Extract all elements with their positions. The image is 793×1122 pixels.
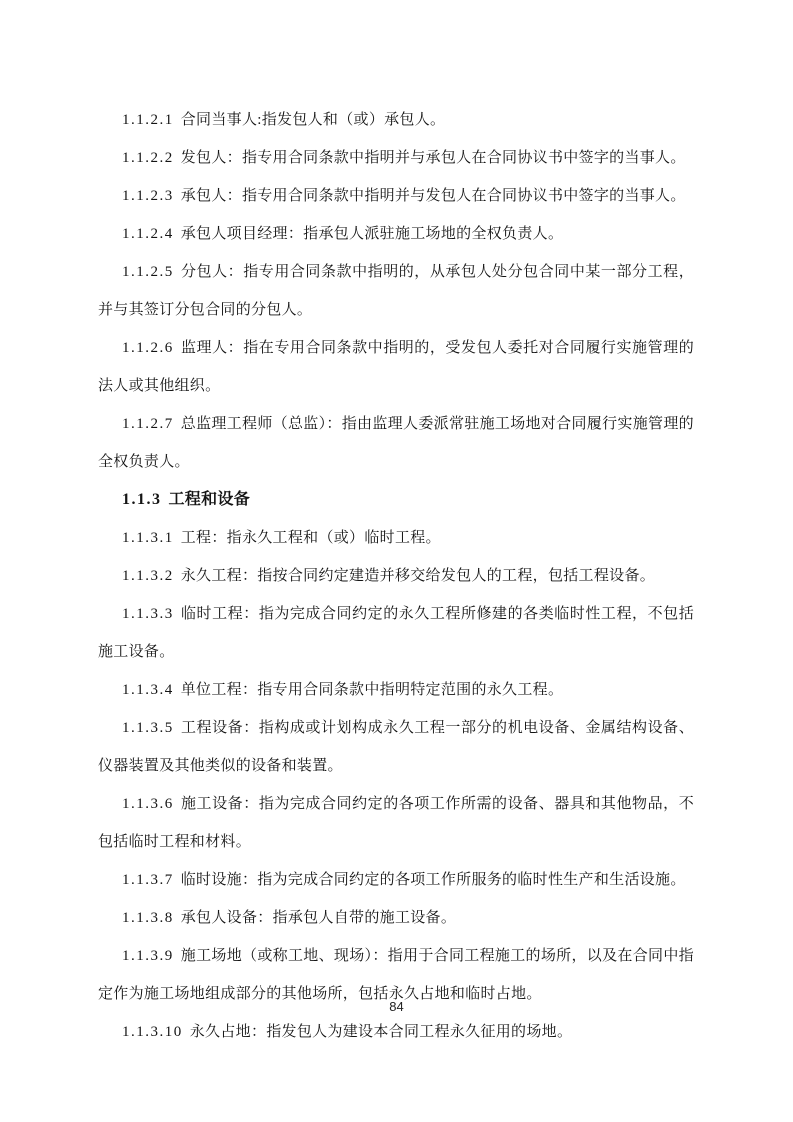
clause-paragraph: 1.1.2.1合同当事人:指发包人和（或）承包人。 <box>98 101 694 139</box>
clause-number: 1.1.2.4 <box>122 226 174 242</box>
clause-number: 1.1.2.5 <box>122 264 174 280</box>
clause-text: 施工设备：指为完成合同约定的各项工作所需的设备、器具和其他物品，不包括临时工程和… <box>98 796 694 850</box>
clause-paragraph: 1.1.2.2发包人：指专用合同条款中指明并与承包人在合同协议书中签字的当事人。 <box>98 139 694 177</box>
clause-paragraph: 1.1.3.10永久占地：指发包人为建设本合同工程永久征用的场地。 <box>98 1013 694 1051</box>
clause-paragraph: 1.1.3.4单位工程：指专用合同条款中指明特定范围的永久工程。 <box>98 671 694 709</box>
clause-number: 1.1.2.3 <box>122 188 174 204</box>
clause-text: 承包人项目经理：指承包人派驻施工场地的全权负责人。 <box>181 226 564 242</box>
clause-text: 单位工程：指专用合同条款中指明特定范围的永久工程。 <box>181 682 564 698</box>
clause-number: 1.1.3.8 <box>122 910 174 926</box>
clause-paragraph: 1.1.2.6监理人：指在专用合同条款中指明的，受发包人委托对合同履行实施管理的… <box>98 329 694 405</box>
clause-text: 分包人：指专用合同条款中指明的，从承包人处分包合同中某一部分工程，并与其签订分包… <box>98 264 694 318</box>
clause-number: 1.1.2.2 <box>122 150 174 166</box>
clause-number: 1.1.2.1 <box>122 112 174 128</box>
clause-number: 1.1.3.9 <box>122 948 174 964</box>
clause-paragraph: 1.1.3.2永久工程：指按合同约定建造并移交给发包人的工程，包括工程设备。 <box>98 557 694 595</box>
section-heading-text: 工程和设备 <box>169 491 251 508</box>
clause-text: 临时设施：指为完成合同约定的各项工作所服务的临时性生产和生活设施。 <box>181 872 686 888</box>
clause-number: 1.1.3.10 <box>122 1024 183 1040</box>
section-heading-number: 1.1.3 <box>122 491 162 508</box>
clause-number: 1.1.3.6 <box>122 796 174 812</box>
clause-text: 工程：指永久工程和（或）临时工程。 <box>181 530 441 546</box>
page-number: 84 <box>0 999 793 1014</box>
clause-paragraph: 1.1.2.3承包人：指专用合同条款中指明并与发包人在合同协议书中签字的当事人。 <box>98 177 694 215</box>
clause-text: 承包人设备：指承包人自带的施工设备。 <box>181 910 456 926</box>
clause-text: 总监理工程师（总监）：指由监理人委派常驻施工场地对合同履行实施管理的全权负责人。 <box>98 416 694 470</box>
clause-paragraph: 1.1.3.6施工设备：指为完成合同约定的各项工作所需的设备、器具和其他物品，不… <box>98 785 694 861</box>
clause-number: 1.1.3.1 <box>122 530 174 546</box>
clause-text: 施工场地（或称工地、现场）：指用于合同工程施工的场所，以及在合同中指定作为施工场… <box>98 948 694 1002</box>
clause-number: 1.1.3.3 <box>122 606 174 622</box>
clause-number: 1.1.2.6 <box>122 340 174 356</box>
document-page: 1.1.2.1合同当事人:指发包人和（或）承包人。 1.1.2.2发包人：指专用… <box>0 0 793 1122</box>
clause-text: 合同当事人:指发包人和（或）承包人。 <box>181 112 446 128</box>
clause-text: 发包人：指专用合同条款中指明并与承包人在合同协议书中签字的当事人。 <box>181 150 686 166</box>
clause-text: 监理人：指在专用合同条款中指明的，受发包人委托对合同履行实施管理的法人或其他组织… <box>98 340 694 394</box>
section-heading: 1.1.3工程和设备 <box>98 481 694 519</box>
clause-paragraph: 1.1.3.8承包人设备：指承包人自带的施工设备。 <box>98 899 694 937</box>
clause-number: 1.1.3.5 <box>122 720 174 736</box>
clause-paragraph: 1.1.3.3临时工程：指为完成合同约定的永久工程所修建的各类临时性工程，不包括… <box>98 595 694 671</box>
clause-paragraph: 1.1.2.4承包人项目经理：指承包人派驻施工场地的全权负责人。 <box>98 215 694 253</box>
clause-paragraph: 1.1.2.5分包人：指专用合同条款中指明的，从承包人处分包合同中某一部分工程，… <box>98 253 694 329</box>
clause-number: 1.1.2.7 <box>122 416 174 432</box>
clause-paragraph: 1.1.3.5工程设备：指构成或计划构成永久工程一部分的机电设备、金属结构设备、… <box>98 709 694 785</box>
clause-text: 永久占地：指发包人为建设本合同工程永久征用的场地。 <box>190 1024 573 1040</box>
clause-text: 永久工程：指按合同约定建造并移交给发包人的工程，包括工程设备。 <box>181 568 655 584</box>
clause-paragraph: 1.1.2.7总监理工程师（总监）：指由监理人委派常驻施工场地对合同履行实施管理… <box>98 405 694 481</box>
document-body: 1.1.2.1合同当事人:指发包人和（或）承包人。 1.1.2.2发包人：指专用… <box>98 101 694 1051</box>
clause-text: 工程设备：指构成或计划构成永久工程一部分的机电设备、金属结构设备、仪器装置及其他… <box>98 720 694 774</box>
clause-number: 1.1.3.4 <box>122 682 174 698</box>
clause-number: 1.1.3.2 <box>122 568 174 584</box>
clause-text: 承包人：指专用合同条款中指明并与发包人在合同协议书中签字的当事人。 <box>181 188 686 204</box>
clause-paragraph: 1.1.3.1工程：指永久工程和（或）临时工程。 <box>98 519 694 557</box>
clause-number: 1.1.3.7 <box>122 872 174 888</box>
clause-text: 临时工程：指为完成合同约定的永久工程所修建的各类临时性工程，不包括施工设备。 <box>98 606 694 660</box>
clause-paragraph: 1.1.3.7临时设施：指为完成合同约定的各项工作所服务的临时性生产和生活设施。 <box>98 861 694 899</box>
